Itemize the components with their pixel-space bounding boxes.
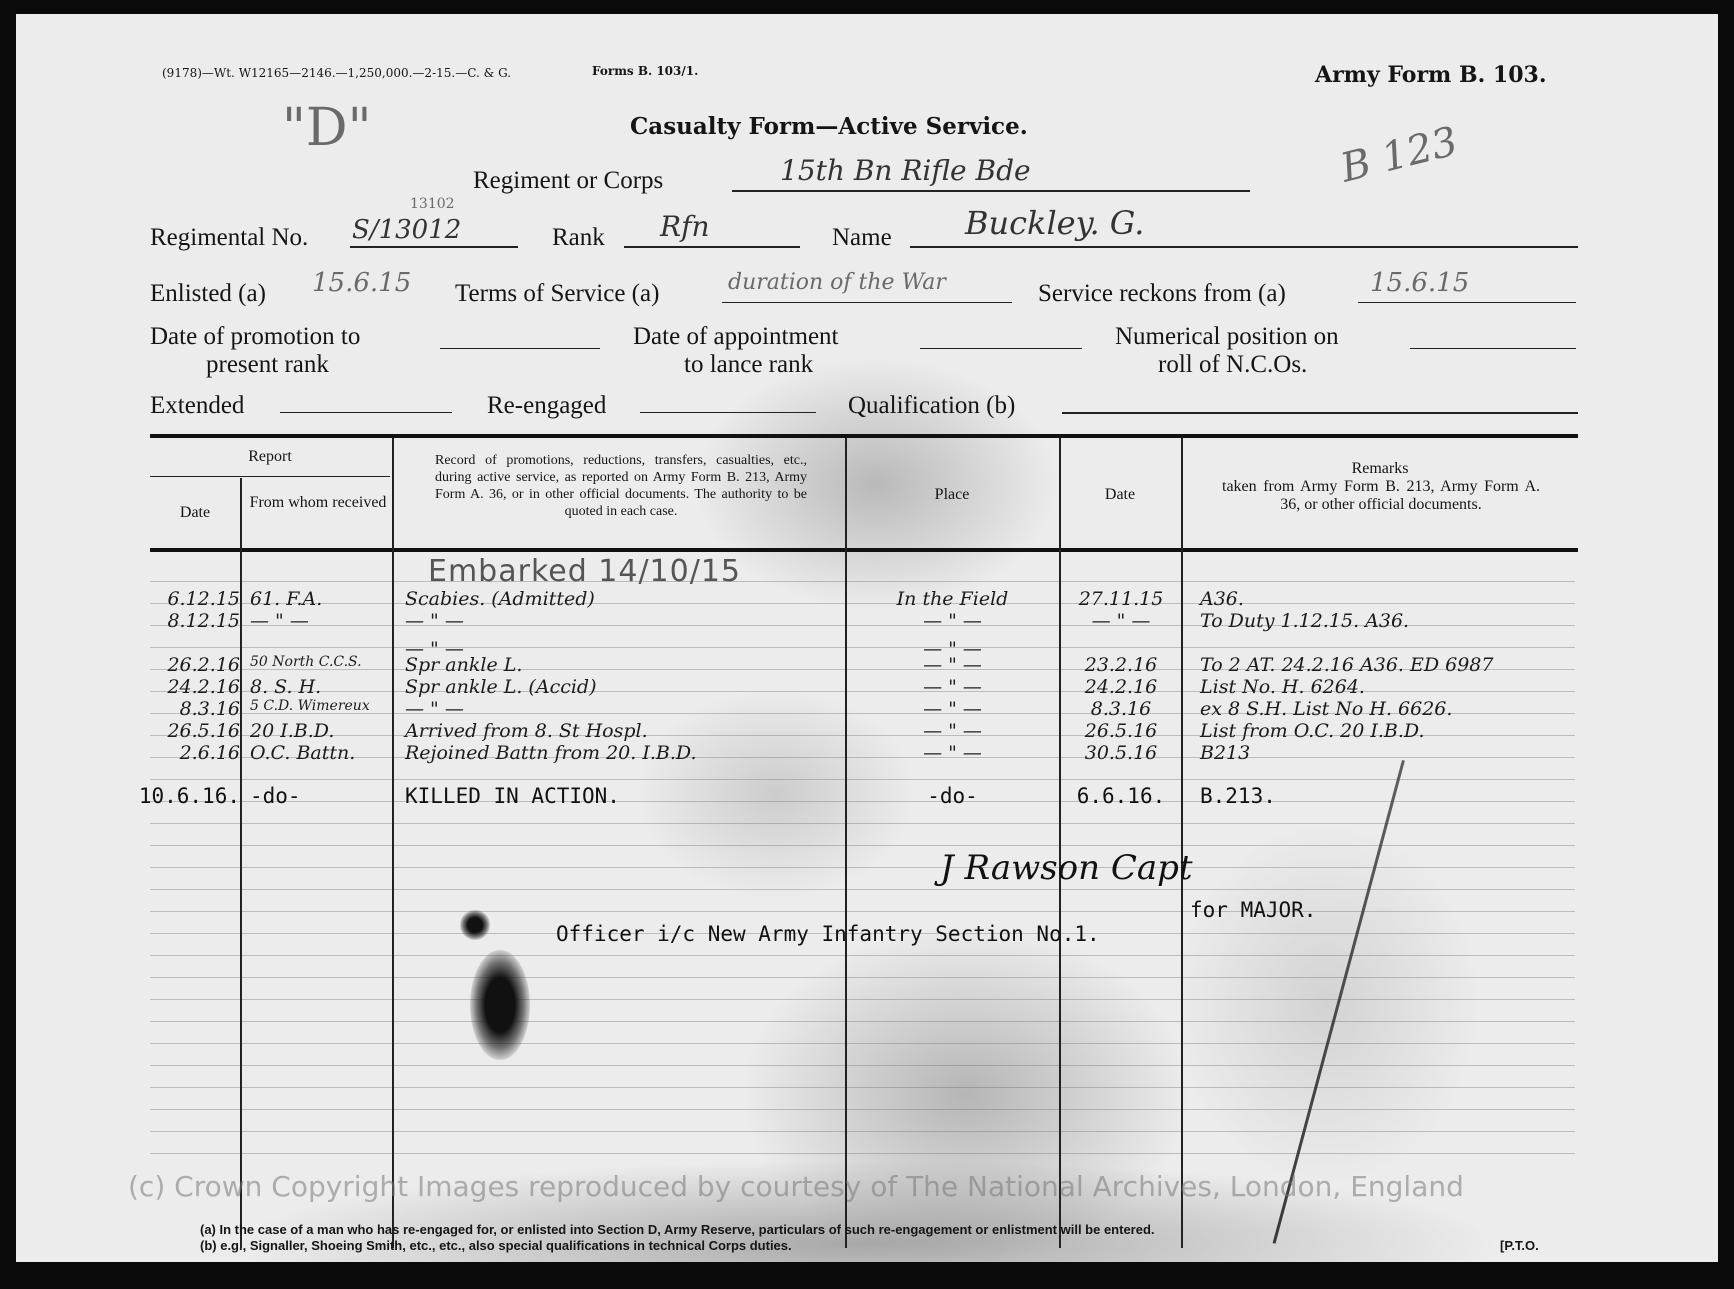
cell-place: In the Field bbox=[850, 588, 1055, 610]
qualification-label: Qualification (b) bbox=[848, 392, 1015, 420]
cell-from: O.C. Battn. bbox=[250, 742, 390, 764]
cell-remarks: To 2 AT. 24.2.16 A36. ED 6987 bbox=[1200, 654, 1580, 676]
cell-remarks: List No. H. 6264. bbox=[1200, 676, 1580, 698]
header-date: Date bbox=[150, 504, 240, 522]
cell-date: 24.2.16 bbox=[100, 676, 240, 698]
cell-remarks: ex 8 S.H. List No H. 6626. bbox=[1200, 698, 1580, 720]
cell-date: 8.3.16 bbox=[100, 698, 240, 720]
pencil-mark-d: "D" bbox=[282, 98, 372, 158]
table-top-border bbox=[150, 434, 1578, 438]
terms-line bbox=[722, 302, 1012, 303]
promotion-label-line2: present rank bbox=[206, 351, 329, 379]
name-line bbox=[910, 246, 1578, 248]
cell-place: -do- bbox=[850, 784, 1055, 808]
col-divider-date bbox=[240, 478, 242, 1248]
cell-from: 5 C.D. Wimereux bbox=[250, 698, 390, 714]
col-divider-record bbox=[845, 438, 847, 1248]
cell-record: — " — bbox=[405, 610, 845, 632]
header-report: Report bbox=[150, 448, 390, 466]
cell-remarks: A36. bbox=[1200, 588, 1580, 610]
cell-place: — " — bbox=[850, 654, 1055, 676]
regiment-label: Regiment or Corps bbox=[473, 167, 663, 195]
print-code: (9178)—Wt. W12165—2146.—1,250,000.—2-15.… bbox=[162, 66, 511, 80]
cell-place: — " — bbox=[850, 676, 1055, 698]
rank-line bbox=[624, 246, 800, 248]
cell-from: 20 I.B.D. bbox=[250, 720, 390, 742]
cell-place: — " — bbox=[850, 610, 1055, 632]
numerical-label-line2: roll of N.C.Os. bbox=[1158, 351, 1307, 379]
appointment-line bbox=[920, 348, 1082, 349]
reckons-value: 15.6.15 bbox=[1370, 268, 1469, 298]
army-form-number: Army Form B. 103. bbox=[1315, 62, 1547, 88]
promotion-line bbox=[440, 348, 600, 349]
header-remarks-body: taken from Army Form B. 213, Army Form A… bbox=[1222, 478, 1540, 514]
cell-place: — " — bbox=[850, 720, 1055, 742]
cell-record: Rejoined Battn from 20. I.B.D. bbox=[405, 742, 845, 764]
appointment-label: Date of appointment bbox=[633, 323, 839, 351]
cell-date2: 6.6.16. bbox=[1062, 784, 1180, 808]
cell-from: — " — bbox=[250, 610, 390, 632]
cell-date2: 30.5.16 bbox=[1062, 742, 1180, 764]
rank-label: Rank bbox=[552, 224, 605, 252]
enlisted-label: Enlisted (a) bbox=[150, 280, 266, 308]
ink-blot bbox=[460, 910, 490, 940]
appointment-label-line2: to lance rank bbox=[684, 351, 813, 379]
cell-record: Scabies. (Admitted) bbox=[405, 588, 845, 610]
cell-from: -do- bbox=[250, 784, 390, 808]
header-from-whom: From whom received bbox=[248, 494, 388, 512]
header-date2: Date bbox=[1059, 486, 1181, 504]
regiment-value: 15th Bn Rifle Bde bbox=[780, 154, 1031, 187]
cell-date2: 24.2.16 bbox=[1062, 676, 1180, 698]
cell-from: 8. S. H. bbox=[250, 676, 390, 698]
cell-remarks: List from O.C. 20 I.B.D. bbox=[1200, 720, 1580, 742]
cell-date2: 27.11.15 bbox=[1062, 588, 1180, 610]
name-label: Name bbox=[832, 224, 892, 252]
regimental-no-pencil: 13102 bbox=[410, 196, 455, 212]
terms-value: duration of the War bbox=[728, 270, 946, 295]
ink-stain bbox=[470, 950, 530, 1060]
reengaged-line bbox=[640, 412, 816, 413]
header-place: Place bbox=[845, 486, 1059, 504]
header-record: Record of promotions, reductions, transf… bbox=[435, 452, 807, 520]
officer-signature: J Rawson Capt bbox=[940, 848, 1193, 888]
cell-date2: 26.5.16 bbox=[1062, 720, 1180, 742]
form-title: Casualty Form—Active Service. bbox=[630, 113, 1028, 140]
reckons-label: Service reckons from (a) bbox=[1038, 280, 1286, 308]
reckons-line bbox=[1358, 302, 1576, 303]
pto-mark: [P.T.O. bbox=[1500, 1238, 1539, 1253]
regimental-no-value: S/13012 bbox=[352, 215, 461, 245]
signature-rank: for MAJOR. bbox=[1190, 898, 1316, 922]
cell-date: 8.12.15 bbox=[100, 610, 240, 632]
cell-from: 61. F.A. bbox=[250, 588, 390, 610]
numerical-label: Numerical position on bbox=[1115, 323, 1339, 351]
terms-label: Terms of Service (a) bbox=[455, 280, 659, 308]
officer-office: Officer i/c New Army Infantry Section No… bbox=[556, 922, 1100, 946]
cell-date: 26.5.16 bbox=[100, 720, 240, 742]
cell-record: — " — bbox=[405, 698, 845, 720]
cell-record: Arrived from 8. St Hospl. bbox=[405, 720, 845, 742]
header-remarks-title: Remarks bbox=[1190, 460, 1570, 478]
cell-date2: 23.2.16 bbox=[1062, 654, 1180, 676]
cell-place: — " — bbox=[850, 742, 1055, 764]
extended-label: Extended bbox=[150, 392, 244, 420]
col-divider-from bbox=[392, 438, 394, 1248]
enlisted-value: 15.6.15 bbox=[312, 268, 411, 298]
regiment-line bbox=[732, 190, 1250, 192]
numerical-line bbox=[1410, 348, 1576, 349]
cell-date: 26.2.16 bbox=[100, 654, 240, 676]
col-divider-place bbox=[1059, 438, 1061, 1248]
cell-date: 10.6.16. bbox=[100, 784, 240, 808]
rank-value: Rfn bbox=[660, 210, 709, 243]
regimental-no-line bbox=[350, 246, 518, 248]
forms-reference: Forms B. 103/1. bbox=[592, 64, 698, 78]
reengaged-label: Re-engaged bbox=[487, 392, 606, 420]
table-header-border bbox=[150, 548, 1578, 552]
cell-remarks: To Duty 1.12.15. A36. bbox=[1200, 610, 1580, 632]
cell-record: KILLED IN ACTION. bbox=[405, 784, 845, 808]
col-divider-date2 bbox=[1181, 438, 1183, 1248]
cell-date2: 8.3.16 bbox=[1062, 698, 1180, 720]
report-divider bbox=[150, 476, 390, 477]
copyright-watermark: (c) Crown Copyright Images reproduced by… bbox=[128, 1170, 1464, 1203]
cell-from: 50 North C.C.S. bbox=[250, 654, 390, 670]
cell-record: Spr ankle L. bbox=[405, 654, 845, 676]
cell-date2: — " — bbox=[1062, 610, 1180, 632]
footnote-b: (b) e.g., Signaller, Shoeing Smith, etc.… bbox=[200, 1238, 792, 1253]
qualification-line bbox=[1062, 412, 1578, 414]
promotion-label: Date of promotion to bbox=[150, 323, 360, 351]
extended-line bbox=[280, 412, 452, 413]
cell-remarks: B213 bbox=[1200, 742, 1580, 764]
embarked-stamp: Embarked 14/10/15 bbox=[428, 554, 741, 589]
footnote-a: (a) In the case of a man who has re-enga… bbox=[200, 1222, 1155, 1237]
cell-date: 6.12.15 bbox=[100, 588, 240, 610]
cell-record: Spr ankle L. (Accid) bbox=[405, 676, 845, 698]
cell-date: 2.6.16 bbox=[100, 742, 240, 764]
cell-place: — " — bbox=[850, 698, 1055, 720]
regimental-no-label: Regimental No. bbox=[150, 224, 308, 252]
name-value: Buckley. G. bbox=[965, 204, 1144, 242]
